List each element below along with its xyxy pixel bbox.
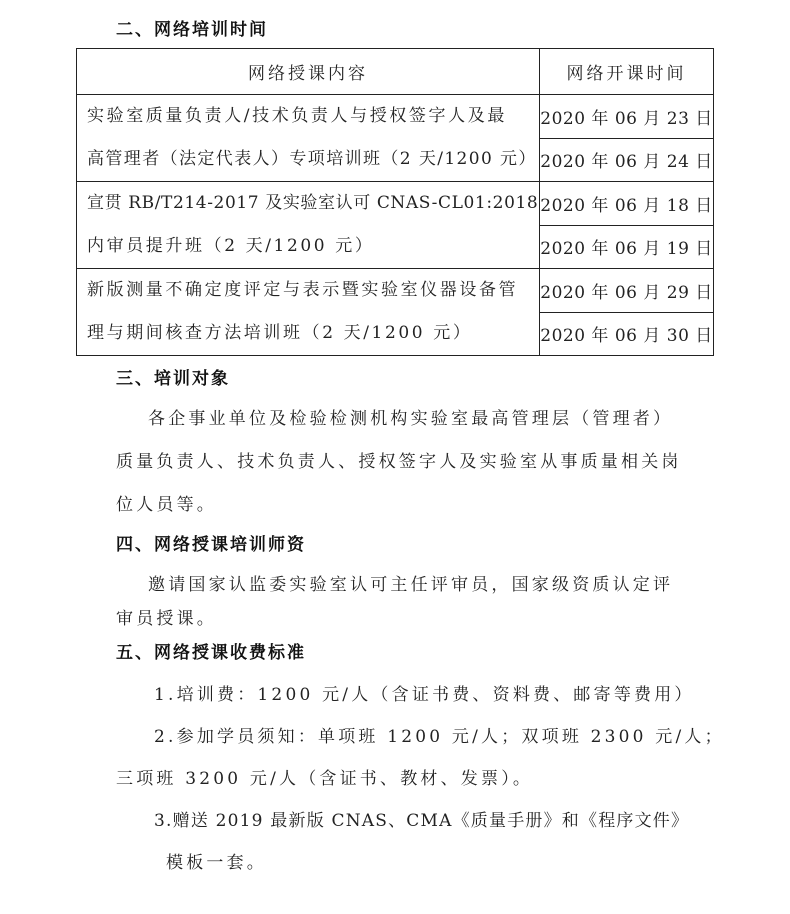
section-heading-fees: 五、网络授课收费标准 xyxy=(116,638,306,663)
topic-line: 理与期间核查方法培训班（2 天/1200 元） xyxy=(87,312,539,355)
topic-line: 实验室质量负责人/技术负责人与授权签字人及最 xyxy=(87,95,539,138)
instructors-paragraph-line: 审员授课。 xyxy=(116,604,217,629)
topic-line: 新版测量不确定度评定与表示暨实验室仪器设备管 xyxy=(87,269,539,312)
header-course-content: 网络授课内容 xyxy=(77,49,540,95)
audience-paragraph-line: 位人员等。 xyxy=(116,490,217,515)
header-course-date: 网络开课时间 xyxy=(540,49,714,95)
fee-item-line: 三项班 3200 元/人（含证书、教材、发票）。 xyxy=(116,764,533,789)
schedule-table: 网络授课内容 网络开课时间 实验室质量负责人/技术负责人与授权签字人及最 高管理… xyxy=(76,48,714,356)
section-heading-target-audience: 三、培训对象 xyxy=(116,364,230,389)
course-date: 2020 年 06 月 23 日 xyxy=(540,95,714,139)
fee-item-line: 2.参加学员须知：单项班 1200 元/人；双项班 2300 元/人； xyxy=(154,722,725,747)
audience-paragraph-line: 各企事业单位及检验检测机构实验室最高管理层（管理者） xyxy=(148,404,673,429)
fee-item-line: 3.赠送 2019 最新版 CNAS、CMA《质量手册》和《程序文件》 xyxy=(154,806,689,831)
table-row: 实验室质量负责人/技术负责人与授权签字人及最 高管理者（法定代表人）专项培训班（… xyxy=(77,95,714,139)
topic-line: 内审员提升班（2 天/1200 元） xyxy=(87,225,539,268)
course-date: 2020 年 06 月 29 日 xyxy=(540,269,714,313)
course-date: 2020 年 06 月 24 日 xyxy=(540,138,714,182)
instructors-paragraph-line: 邀请国家认监委实验室认可主任评审员，国家级资质认定评 xyxy=(148,570,673,595)
section-heading-instructors: 四、网络授课培训师资 xyxy=(116,530,306,555)
course-date: 2020 年 06 月 19 日 xyxy=(540,225,714,269)
section-heading-training-time: 二、网络培训时间 xyxy=(116,15,268,40)
topic-line: 宣贯 RB/T214-2017 及实验室认可 CNAS-CL01:2018 xyxy=(87,182,539,225)
table-header-row: 网络授课内容 网络开课时间 xyxy=(77,49,714,95)
table-row: 新版测量不确定度评定与表示暨实验室仪器设备管 理与期间核查方法培训班（2 天/1… xyxy=(77,269,714,313)
course-topic: 新版测量不确定度评定与表示暨实验室仪器设备管 理与期间核查方法培训班（2 天/1… xyxy=(77,269,540,356)
course-date: 2020 年 06 月 30 日 xyxy=(540,312,714,356)
fee-item-line: 模板一套。 xyxy=(166,848,267,873)
topic-line: 高管理者（法定代表人）专项培训班（2 天/1200 元） xyxy=(87,138,539,181)
audience-paragraph-line: 质量负责人、技术负责人、授权签字人及实验室从事质量相关岗 xyxy=(116,447,682,472)
table-row: 宣贯 RB/T214-2017 及实验室认可 CNAS-CL01:2018 内审… xyxy=(77,182,714,226)
course-topic: 宣贯 RB/T214-2017 及实验室认可 CNAS-CL01:2018 内审… xyxy=(77,182,540,269)
course-date: 2020 年 06 月 18 日 xyxy=(540,182,714,226)
fee-item-line: 1.培训费：1200 元/人（含证书费、资料费、邮寄等费用） xyxy=(154,680,695,705)
course-topic: 实验室质量负责人/技术负责人与授权签字人及最 高管理者（法定代表人）专项培训班（… xyxy=(77,95,540,182)
